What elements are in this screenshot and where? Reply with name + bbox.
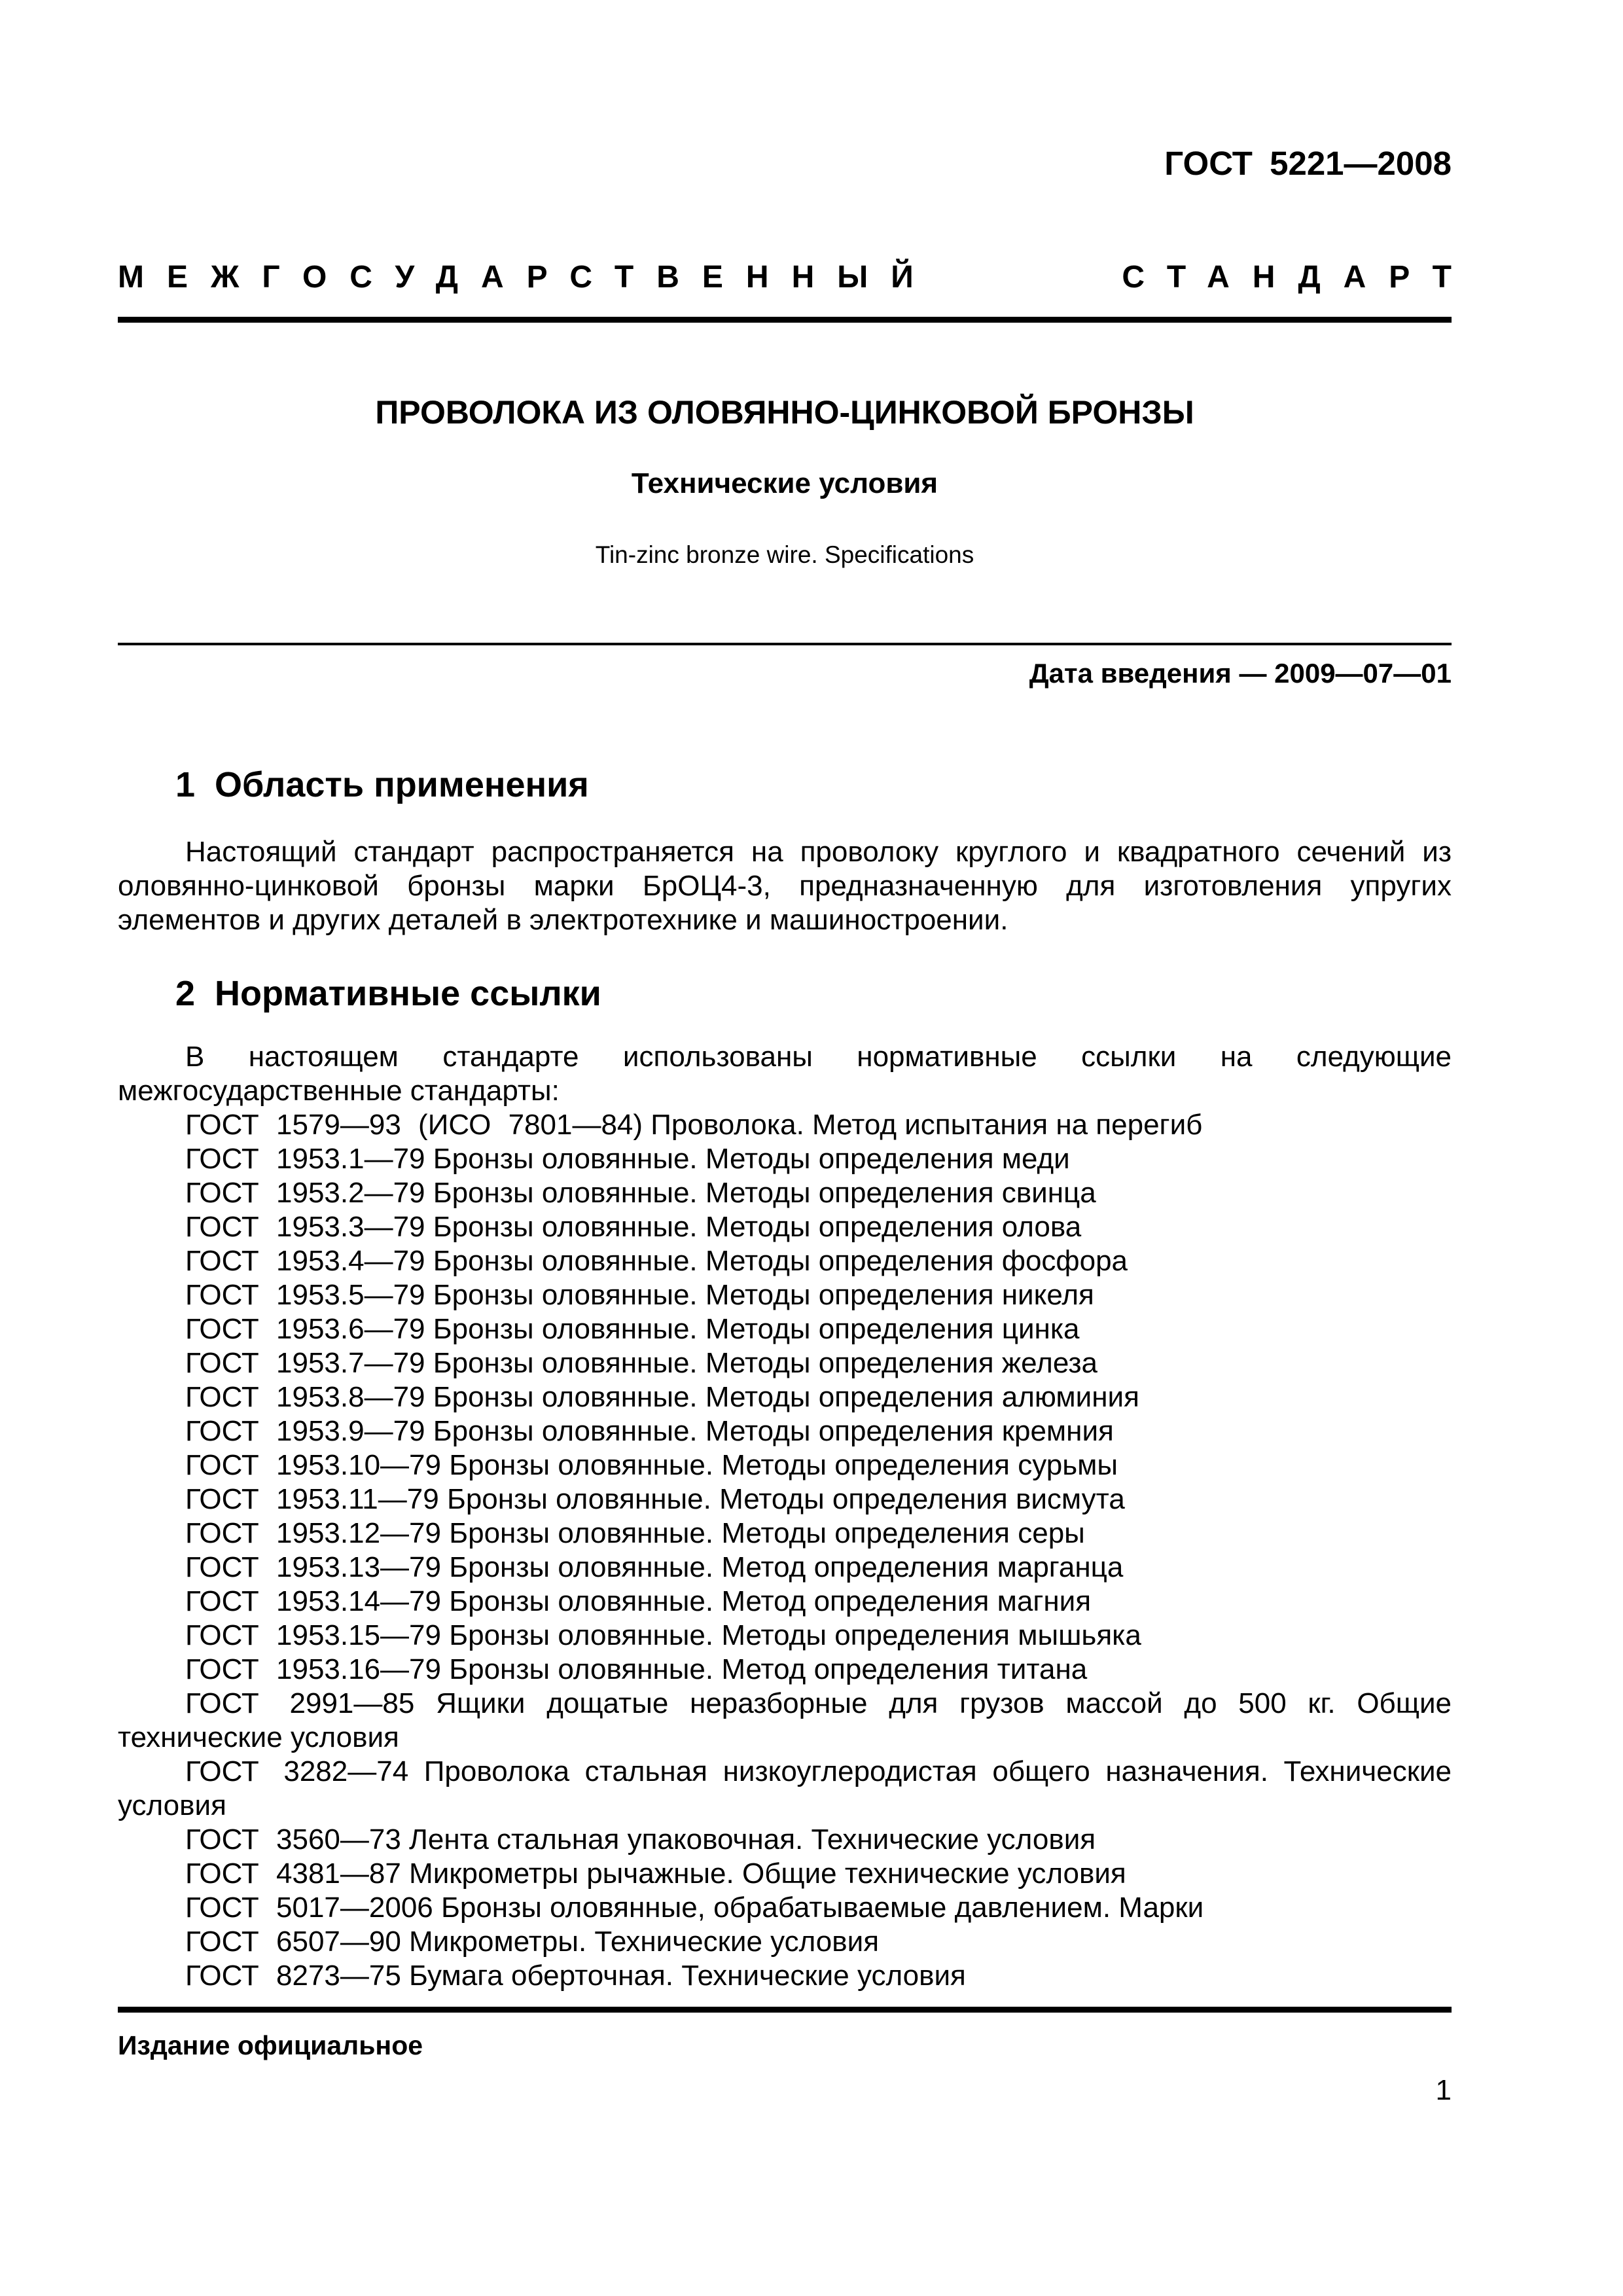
reference-title: Бронзы оловянные. Методы определения вис… <box>439 1483 1125 1515</box>
reference-code: ГОСТ 1953.14—79 <box>185 1585 441 1617</box>
reference-item: ГОСТ 1953.5—79 Бронзы оловянные. Методы … <box>118 1278 1452 1312</box>
reference-title: Бронзы оловянные. Методы определения алю… <box>425 1381 1139 1413</box>
reference-code: ГОСТ 1953.5—79 <box>185 1279 425 1311</box>
reference-item: ГОСТ 1953.3—79 Бронзы оловянные. Методы … <box>118 1210 1452 1244</box>
reference-item: ГОСТ 3560—73 Лента стальная упаковочная.… <box>118 1823 1452 1857</box>
standard-type-banner: МЕЖГОСУДАРСТВЕННЫЙ СТАНДАРТ <box>118 260 1452 295</box>
reference-title: Бронзы оловянные. Методы определения сви… <box>425 1177 1096 1209</box>
reference-title: Бронзы оловянные. Методы определения сур… <box>441 1449 1118 1481</box>
reference-code: ГОСТ 1953.2—79 <box>185 1177 425 1209</box>
title-divider-rule <box>118 643 1452 645</box>
reference-item: ГОСТ 1953.11—79 Бронзы оловянные. Методы… <box>118 1482 1452 1516</box>
reference-code: ГОСТ 1953.1—79 <box>185 1143 425 1175</box>
reference-title: Бронзы оловянные. Методы определения жел… <box>425 1347 1098 1379</box>
reference-code: ГОСТ 1953.7—79 <box>185 1347 425 1379</box>
banner-word: МЕЖГОСУДАРСТВЕННЫЙ <box>118 260 936 295</box>
banner-word: СТАНДАРТ <box>1122 260 1474 295</box>
reference-code: ГОСТ 6507—90 <box>185 1926 401 1958</box>
reference-item: ГОСТ 3282—74 Проволока стальная низкоугл… <box>118 1755 1452 1823</box>
reference-code: ГОСТ 1953.6—79 <box>185 1313 425 1345</box>
reference-code: ГОСТ 1953.13—79 <box>185 1551 441 1583</box>
reference-code: ГОСТ 1953.9—79 <box>185 1415 425 1447</box>
reference-item: ГОСТ 1953.2—79 Бронзы оловянные. Методы … <box>118 1176 1452 1210</box>
reference-item: ГОСТ 8273—75 Бумага оберточная. Техничес… <box>118 1959 1452 1993</box>
section-title: Область применения <box>215 765 589 804</box>
reference-title: Бронзы оловянные. Методы определения ник… <box>425 1279 1094 1311</box>
reference-code: ГОСТ 5017—2006 <box>185 1892 433 1924</box>
reference-item: ГОСТ 1953.13—79 Бронзы оловянные. Метод … <box>118 1551 1452 1585</box>
page-number: 1 <box>118 2075 1452 2106</box>
reference-title: Бронзы оловянные. Методы определения мед… <box>425 1143 1070 1175</box>
section-title: Нормативные ссылки <box>215 974 601 1013</box>
reference-code: ГОСТ 1953.4—79 <box>185 1245 425 1277</box>
section-1-paragraph: Настоящий стандарт распространяется на п… <box>118 835 1452 937</box>
reference-code: ГОСТ 1953.10—79 <box>185 1449 441 1481</box>
edition-note: Издание официальное <box>118 2031 423 2060</box>
reference-code: ГОСТ 1953.12—79 <box>185 1517 441 1549</box>
reference-title: Бронзы оловянные. Методы определения цин… <box>425 1313 1080 1345</box>
reference-code: ГОСТ 1579—93 (ИСО 7801—84) <box>185 1109 643 1141</box>
references-list: ГОСТ 1579—93 (ИСО 7801—84) Проволока. Ме… <box>118 1108 1452 1993</box>
reference-item: ГОСТ 1579—93 (ИСО 7801—84) Проволока. Ме… <box>118 1108 1452 1142</box>
reference-code: ГОСТ 3282—74 <box>185 1755 408 1787</box>
document-title-ru: ПРОВОЛОКА ИЗ ОЛОВЯННО-ЦИНКОВОЙ БРОНЗЫ <box>118 394 1452 432</box>
reference-item: ГОСТ 1953.7—79 Бронзы оловянные. Методы … <box>118 1346 1452 1380</box>
reference-code: ГОСТ 8273—75 <box>185 1960 401 1992</box>
reference-item: ГОСТ 1953.4—79 Бронзы оловянные. Методы … <box>118 1244 1452 1278</box>
reference-title: Бронзы оловянные. Метод определения магн… <box>441 1585 1091 1617</box>
reference-item: ГОСТ 1953.15—79 Бронзы оловянные. Методы… <box>118 1619 1452 1653</box>
reference-item: ГОСТ 1953.9—79 Бронзы оловянные. Методы … <box>118 1414 1452 1448</box>
reference-code: ГОСТ 1953.16—79 <box>185 1653 441 1685</box>
reference-code: ГОСТ 1953.8—79 <box>185 1381 425 1413</box>
reference-title: Лента стальная упаковочная. Технические … <box>401 1823 1096 1856</box>
reference-item: ГОСТ 1953.1—79 Бронзы оловянные. Методы … <box>118 1142 1452 1176</box>
reference-title: Бронзы оловянные, обрабатываемые давлени… <box>433 1892 1204 1924</box>
document-subtitle-ru: Технические условия <box>118 467 1452 501</box>
reference-item: ГОСТ 1953.6—79 Бронзы оловянные. Методы … <box>118 1312 1452 1346</box>
reference-title: Бумага оберточная. Технические условия <box>401 1960 966 1992</box>
header-rule <box>118 317 1452 323</box>
reference-item: ГОСТ 1953.8—79 Бронзы оловянные. Методы … <box>118 1380 1452 1414</box>
reference-item: ГОСТ 1953.16—79 Бронзы оловянные. Метод … <box>118 1653 1452 1687</box>
reference-code: ГОСТ 1953.15—79 <box>185 1619 441 1651</box>
reference-code: ГОСТ 1953.3—79 <box>185 1211 425 1243</box>
reference-item: ГОСТ 4381—87 Микрометры рычажные. Общие … <box>118 1857 1452 1891</box>
reference-title: Бронзы оловянные. Методы определения фос… <box>425 1245 1128 1277</box>
reference-title: Проволока. Метод испытания на перегиб <box>643 1109 1202 1141</box>
reference-item: ГОСТ 1953.10—79 Бронзы оловянные. Методы… <box>118 1448 1452 1482</box>
reference-code: ГОСТ 1953.11—79 <box>185 1483 439 1515</box>
section-number: 2 <box>175 974 195 1013</box>
reference-title: Бронзы оловянные. Метод определения тита… <box>441 1653 1087 1685</box>
reference-item: ГОСТ 1953.12—79 Бронзы оловянные. Методы… <box>118 1516 1452 1551</box>
document-page: ГОСТ 5221—2008 МЕЖГОСУДАРСТВЕННЫЙ СТАНДА… <box>0 0 1623 2296</box>
reference-code: ГОСТ 2991—85 <box>185 1687 414 1719</box>
effective-date: Дата введения — 2009—07—01 <box>118 658 1452 689</box>
section-1-heading: 1Область применения <box>118 764 1452 805</box>
reference-item: ГОСТ 5017—2006 Бронзы оловянные, обрабат… <box>118 1891 1452 1925</box>
reference-title: Микрометры рычажные. Общие технические у… <box>401 1857 1126 1890</box>
reference-title: Бронзы оловянные. Методы определения сер… <box>441 1517 1085 1549</box>
section-number: 1 <box>175 765 195 804</box>
reference-title: Бронзы оловянные. Методы определения оло… <box>425 1211 1082 1243</box>
reference-title: Бронзы оловянные. Метод определения марг… <box>441 1551 1123 1583</box>
reference-code: ГОСТ 4381—87 <box>185 1857 401 1890</box>
reference-item: ГОСТ 1953.14—79 Бронзы оловянные. Метод … <box>118 1585 1452 1619</box>
reference-item: ГОСТ 2991—85 Ящики дощатые неразборные д… <box>118 1687 1452 1755</box>
document-code: ГОСТ 5221—2008 <box>118 145 1452 182</box>
document-title-en: Tin-zinc bronze wire. Specifications <box>118 541 1452 569</box>
reference-code: ГОСТ 3560—73 <box>185 1823 401 1856</box>
document-body: 1Область применения Настоящий стандарт р… <box>118 764 1452 1993</box>
reference-title: Бронзы оловянные. Методы определения кре… <box>425 1415 1114 1447</box>
reference-title: Микрометры. Технические условия <box>401 1926 879 1958</box>
footer-rule <box>118 2007 1452 2013</box>
section-2-heading: 2Нормативные ссылки <box>118 973 1452 1014</box>
section-2-paragraph: В настоящем стандарте использованы норма… <box>118 1040 1452 1108</box>
reference-title: Бронзы оловянные. Методы определения мыш… <box>441 1619 1141 1651</box>
reference-item: ГОСТ 6507—90 Микрометры. Технические усл… <box>118 1925 1452 1959</box>
